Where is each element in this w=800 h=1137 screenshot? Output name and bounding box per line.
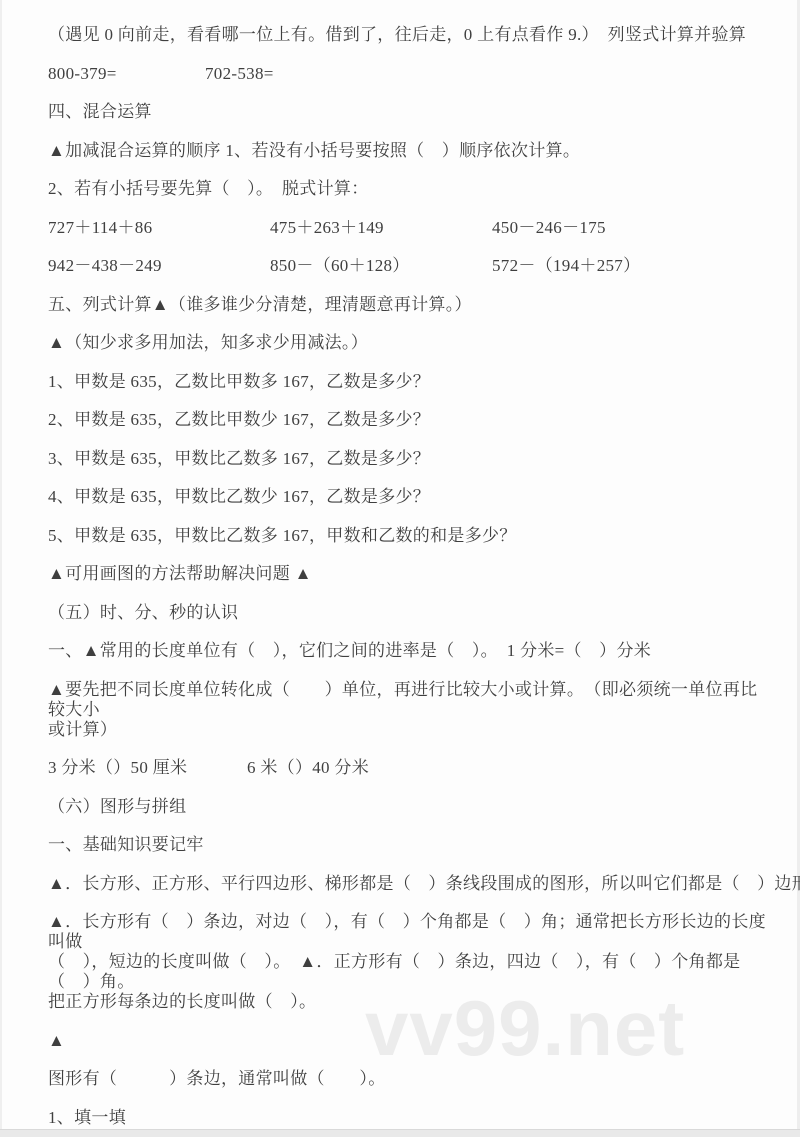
- worksheet-line-borrow-note: （遇见 0 向前走，看看哪一位上有。借到了，往后走，0 上有点看作 9.） 列竖…: [48, 25, 767, 45]
- math-expression-row: 942－438－249 850－（60＋128） 572－（194＋257）: [48, 256, 767, 276]
- section-heading-mixed-operations: 四、混合运算: [48, 102, 767, 122]
- section-heading-basics: 一、基础知识要记牢: [48, 835, 767, 855]
- section-heading-shapes: （六）图形与拼组: [48, 797, 767, 817]
- worksheet-page: vv99.net （遇见 0 向前走，看看哪一位上有。借到了，往后走，0 上有点…: [0, 0, 800, 1130]
- worksheet-line: ▲要先把不同长度单位转化成（ ）单位，再进行比较大小或计算。 （即必须统一单位再…: [48, 680, 767, 720]
- worksheet-line: 或计算）: [48, 720, 767, 740]
- math-expression: 727＋114＋86: [48, 218, 270, 238]
- worksheet-content: （遇见 0 向前走，看看哪一位上有。借到了，往后走，0 上有点看作 9.） 列竖…: [2, 0, 797, 1128]
- word-problem-2: 2、甲数是 635，乙数比甲数少 167，乙数是多少？: [48, 410, 767, 430]
- worksheet-line-rule-1: ▲加减混合运算的顺序 1、若没有小括号要按照（ ）顺序依次计算。: [48, 141, 767, 161]
- worksheet-line-shape-sides: 图形有（ ）条边，通常叫做（ ）。: [48, 1069, 767, 1089]
- comparison-expression: 6 米（）40 分米: [247, 758, 369, 778]
- worksheet-line-polygons: ▲．长方形、正方形、平行四边形、梯形都是（ ）条线段围成的图形，所以叫它们都是（…: [48, 874, 767, 894]
- worksheet-paragraph-rectangle-square: ▲．长方形有（ ）条边，对边（ ），有（ ）个角都是（ ）角；通常把长方形长边的…: [48, 912, 767, 1012]
- worksheet-line-drawing-tip: ▲可用画图的方法帮助解决问题 ▲: [48, 564, 767, 584]
- comparison-expression: 3 分米（）50 厘米: [48, 758, 247, 778]
- worksheet-line-fill-in: 1、填一填: [48, 1108, 767, 1128]
- worksheet-line-length-units: 一、▲常用的长度单位有（ ），它们之间的进率是（ ）。 1 分米=（ ）分米: [48, 641, 767, 661]
- word-problem-3: 3、甲数是 635，甲数比乙数多 167，乙数是多少？: [48, 449, 767, 469]
- worksheet-line-rule-2: 2、若有小括号要先算（ ）。 脱式计算：: [48, 179, 767, 199]
- comparison-row: 3 分米（）50 厘米 6 米（）40 分米: [48, 758, 767, 778]
- section-heading-word-problems: 五、列式计算▲（谁多谁少分清楚，理清题意再计算。）: [48, 295, 767, 315]
- math-expression: 702-538=: [205, 64, 274, 84]
- math-expression: 475＋263＋149: [270, 218, 492, 238]
- math-expression: 800-379=: [48, 64, 205, 84]
- word-problem-1: 1、甲数是 635，乙数比甲数多 167，乙数是多少？: [48, 372, 767, 392]
- worksheet-line-hint: ▲（知少求多用加法，知多求少用减法。）: [48, 333, 767, 353]
- math-expression: 572－（194＋257）: [492, 256, 640, 276]
- worksheet-line: ▲．长方形有（ ）条边，对边（ ），有（ ）个角都是（ ）角；通常把长方形长边的…: [48, 912, 767, 952]
- word-problem-5: 5、甲数是 635，甲数比乙数多 167，甲数和乙数的和是多少？: [48, 526, 767, 546]
- math-expression: 942－438－249: [48, 256, 270, 276]
- section-heading-time-units: （五）时、分、秒的认识: [48, 603, 767, 623]
- worksheet-line: 把正方形每条边的长度叫做（ ）。: [48, 992, 767, 1012]
- math-expression: 450－246－175: [492, 218, 606, 238]
- math-expression-row: 800-379= 702-538=: [48, 64, 767, 84]
- math-expression: 850－（60＋128）: [270, 256, 492, 276]
- math-expression-row: 727＋114＋86 475＋263＋149 450－246－175: [48, 218, 767, 238]
- worksheet-line: （ ），短边的长度叫做（ ）。 ▲．正方形有（ ）条边，四边（ ），有（ ）个角…: [48, 952, 767, 992]
- word-problem-4: 4、甲数是 635，甲数比乙数少 167，乙数是多少？: [48, 487, 767, 507]
- page-bottom-edge: [0, 1129, 800, 1137]
- worksheet-paragraph-unit-conversion: ▲要先把不同长度单位转化成（ ）单位，再进行比较大小或计算。 （即必须统一单位再…: [48, 680, 767, 740]
- triangle-marker: ▲: [48, 1031, 767, 1051]
